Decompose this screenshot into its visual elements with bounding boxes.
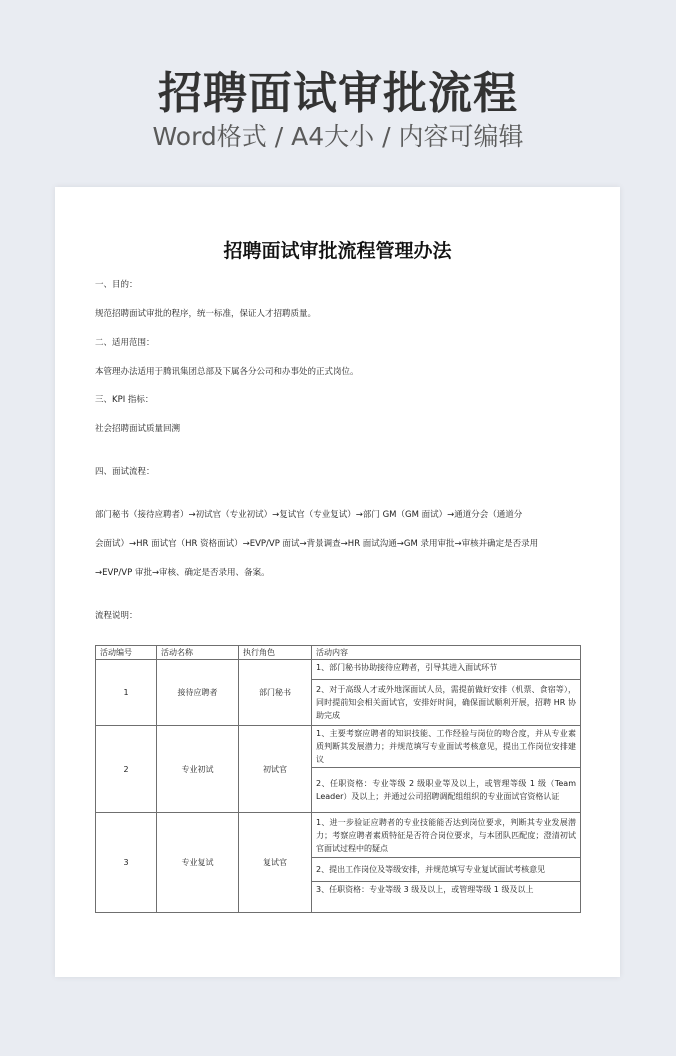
cell-content: 1、部门秘书协助接待应聘者，引导其进入面试环节 (312, 660, 581, 680)
cell-activity-name: 专业复试 (157, 813, 239, 913)
document-page: 招聘面试审批流程管理办法 一、目的： 规范招聘面试审批的程序，统一标准，保证人才… (55, 187, 620, 977)
flow-line-3: →EVP/VP 审批→审核、确定是否录用、备案。 (95, 567, 270, 579)
cell-content: 1、主要考察应聘者的知识技能、工作经验与岗位的吻合度，并从专业素质判断其发展潜力… (312, 726, 581, 768)
cell-content: 2、对于高级人才或外地深面试人员，需提前做好安排（机票、食宿等），同时提前知会相… (312, 680, 581, 726)
banner-subtitle: Word格式 / A4大小 / 内容可编辑 (0, 120, 676, 154)
process-table: 活动编号 活动名称 执行角色 活动内容 1 接待应聘者 部门秘书 1、部门秘书协… (95, 645, 581, 913)
cell-activity-id: 3 (96, 813, 157, 913)
cell-role: 初试官 (239, 726, 312, 813)
cell-content: 3、任职资格：专业等级 3 级及以上，或管理等级 1 级及以上 (312, 882, 581, 913)
cell-activity-id: 1 (96, 660, 157, 726)
document-title: 招聘面试审批流程管理办法 (55, 238, 620, 264)
header-content: 活动内容 (312, 646, 581, 660)
section-heading-flow: 四、面试流程： (95, 466, 155, 478)
section-heading-kpi: 三、KPI 指标： (95, 394, 153, 406)
banner-title: 招聘面试审批流程 (0, 66, 676, 122)
table-header-row: 活动编号 活动名称 执行角色 活动内容 (96, 646, 581, 660)
table-row: 2 专业初试 初试官 1、主要考察应聘者的知识技能、工作经验与岗位的吻合度，并从… (96, 726, 581, 768)
cell-role: 部门秘书 (239, 660, 312, 726)
header-role: 执行角色 (239, 646, 312, 660)
flow-line-2: 会面试）→HR 面试官（HR 资格面试）→EVP/VP 面试→背景调查→HR 面… (95, 538, 538, 550)
section-heading-scope: 二、适用范围： (95, 337, 155, 349)
table-row: 1 接待应聘者 部门秘书 1、部门秘书协助接待应聘者，引导其进入面试环节 (96, 660, 581, 680)
header-activity-name: 活动名称 (157, 646, 239, 660)
cell-role: 复试官 (239, 813, 312, 913)
cell-content: 2、任职资格：专业等级 2 级职业等及以上，或管理等级 1 级（Team Lea… (312, 768, 581, 813)
table-row: 3 专业复试 复试官 1、进一步验证应聘者的专业技能能否达到岗位要求，判断其专业… (96, 813, 581, 858)
cell-activity-name: 接待应聘者 (157, 660, 239, 726)
section-body-purpose: 规范招聘面试审批的程序，统一标准，保证人才招聘质量。 (95, 308, 316, 320)
cell-activity-id: 2 (96, 726, 157, 813)
section-body-scope: 本管理办法适用于腾讯集团总部及下属各分公司和办事处的正式岗位。 (95, 366, 359, 378)
cell-content: 2、提出工作岗位及等级安排，并规范填写专业复试面试考核意见 (312, 858, 581, 882)
cell-activity-name: 专业初试 (157, 726, 239, 813)
cell-content: 1、进一步验证应聘者的专业技能能否达到岗位要求，判断其专业发展潜力；考察应聘者素… (312, 813, 581, 858)
header-activity-id: 活动编号 (96, 646, 157, 660)
section-body-kpi: 社会招聘面试质量回溯 (95, 423, 180, 435)
process-label: 流程说明： (95, 610, 138, 622)
section-heading-purpose: 一、目的： (95, 279, 138, 291)
flow-line-1: 部门秘书（接待应聘者）→初试官（专业初试）→复试官（专业复试）→部门 GM（GM… (95, 509, 522, 521)
